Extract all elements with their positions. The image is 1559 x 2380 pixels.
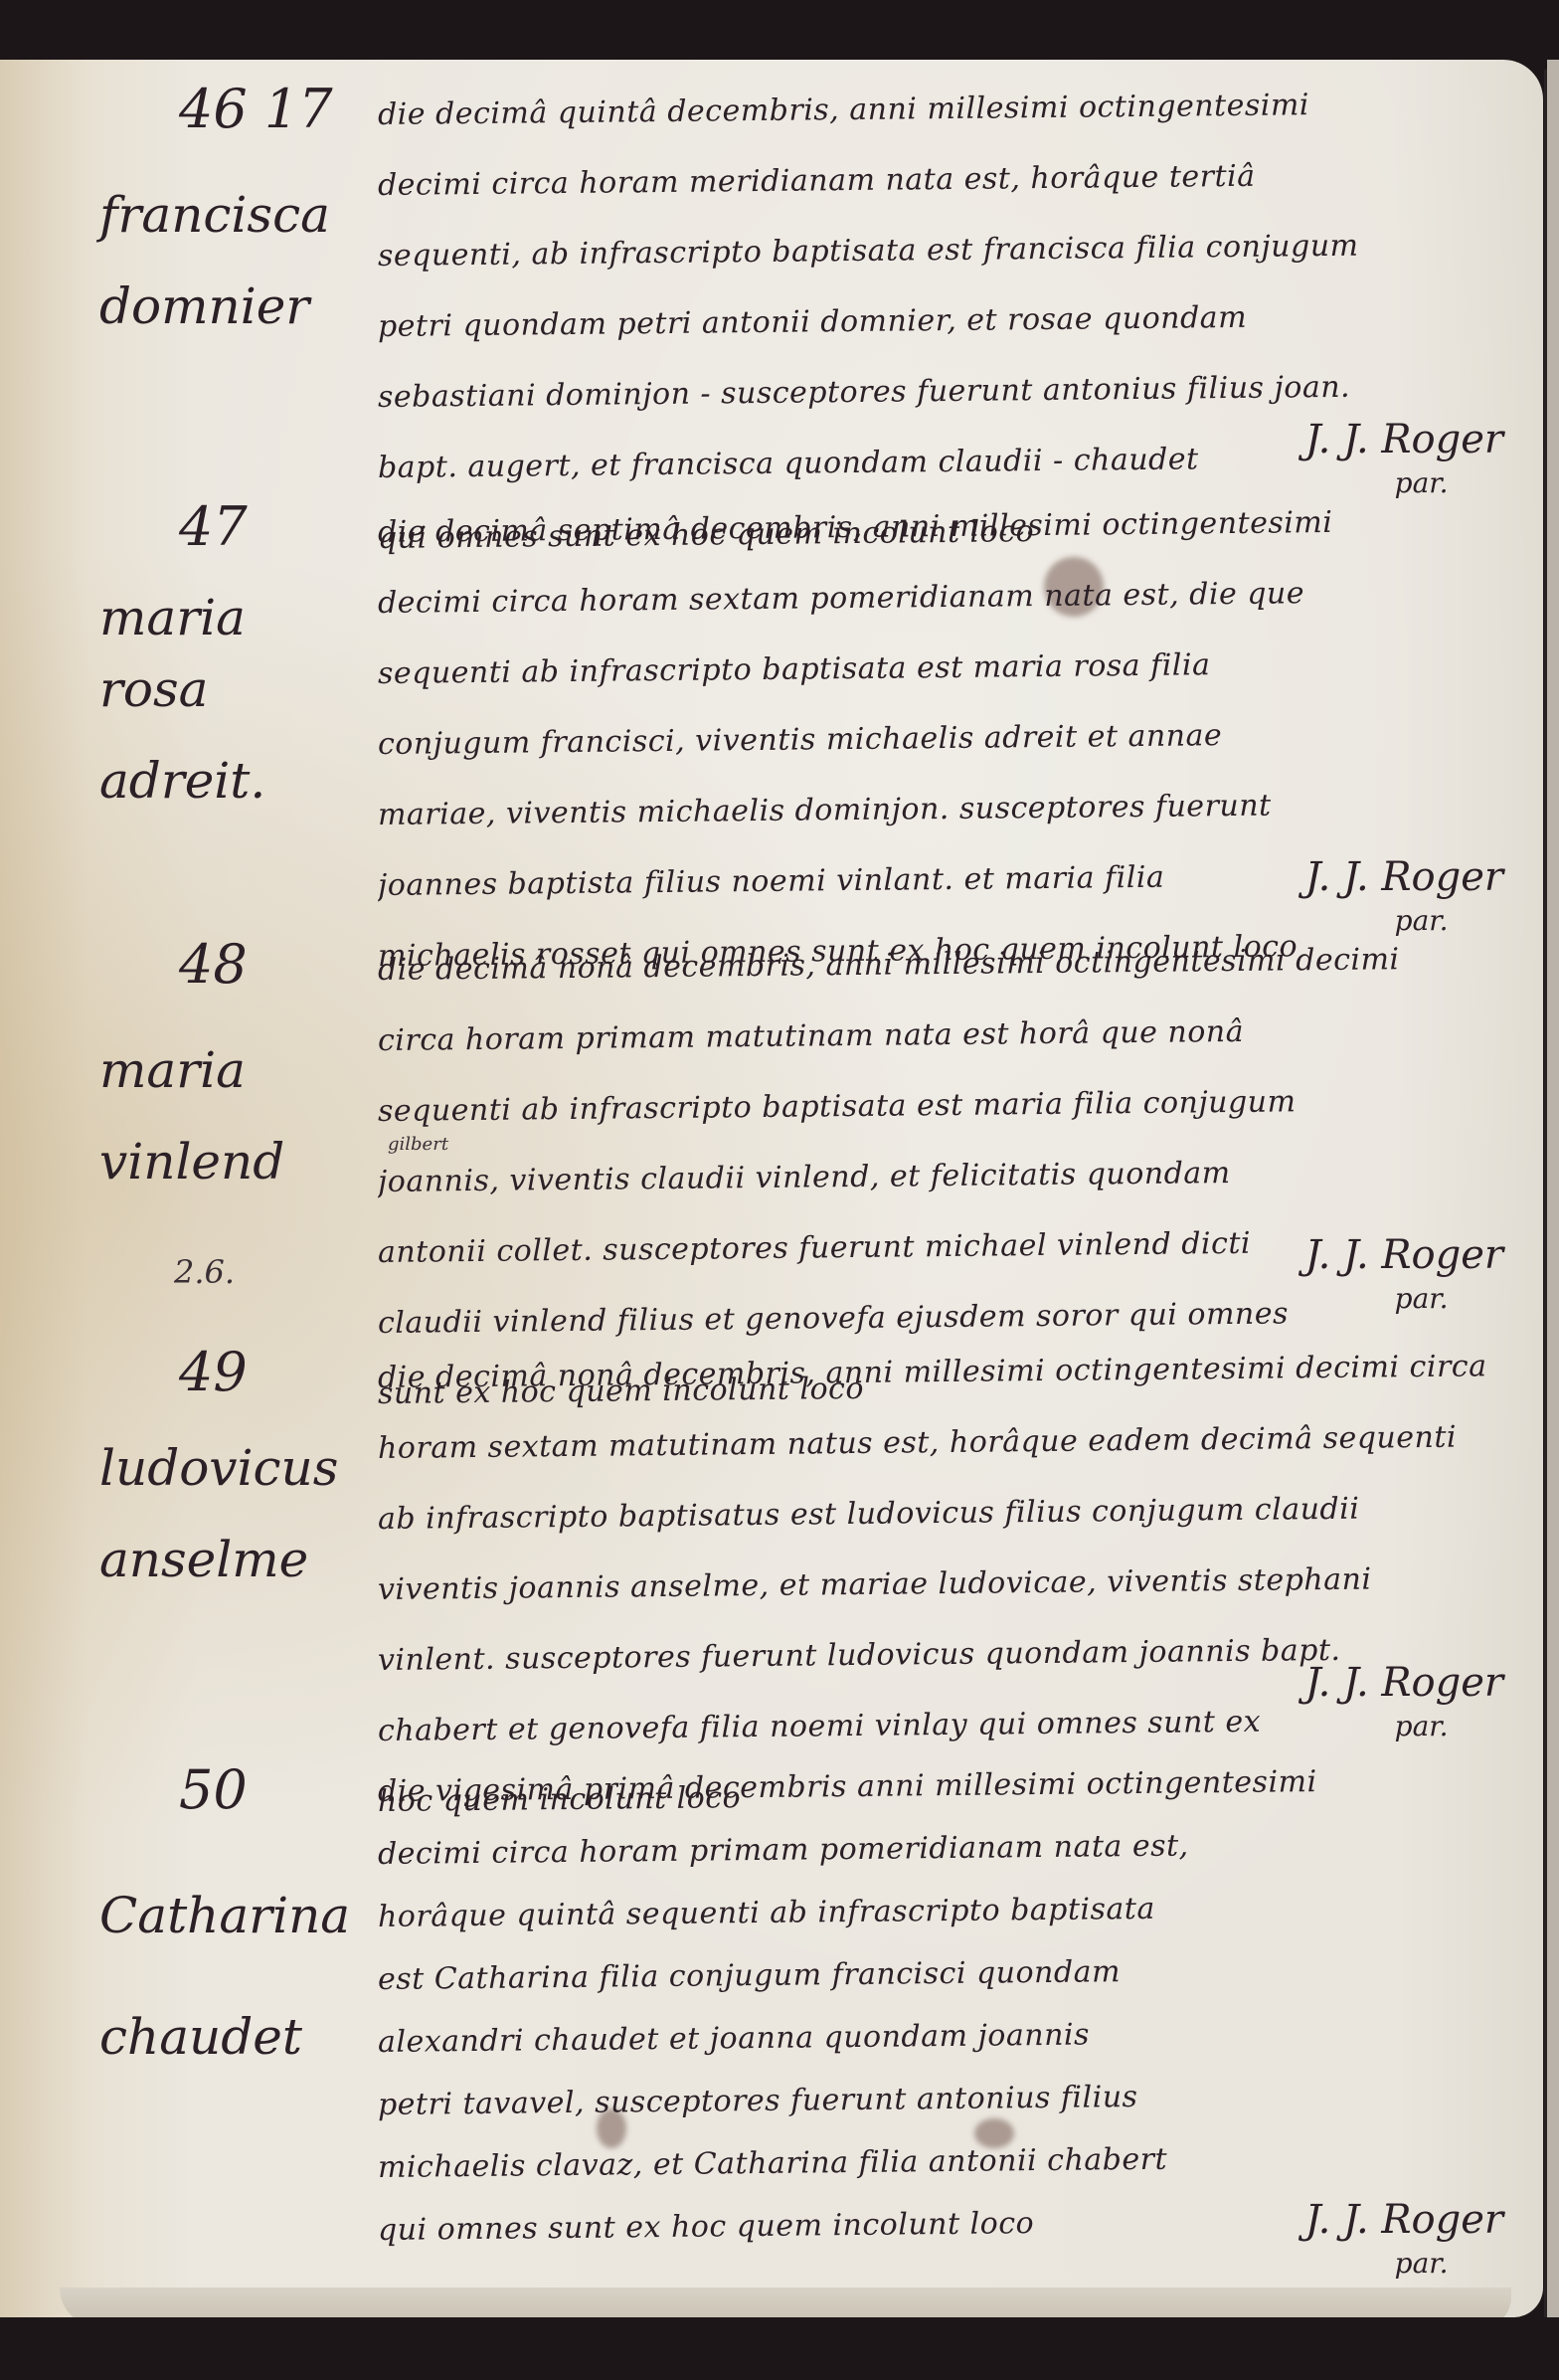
entry-margin: 48 maria vinlend	[99, 935, 368, 1197]
margin-given-name: maria rosa	[99, 582, 368, 725]
entry-number: 50	[179, 1760, 368, 1820]
entry-number: 47	[179, 497, 368, 557]
entry-number: 46 17	[179, 80, 368, 139]
text-line: decimi circa horam sextam pomeridianam n…	[378, 556, 1542, 639]
text-line: conjugum francisci, viventis michaelis a…	[378, 697, 1542, 780]
entry-margin: 50 Catharina chaudet	[99, 1760, 368, 2073]
text-line: die decimâ nonâ decembris, anni millesim…	[378, 1331, 1542, 1413]
margin-given-name: Catharina	[99, 1880, 368, 1951]
margin-surname: vinlend	[99, 1126, 368, 1197]
margin-given-name: ludovicus	[99, 1432, 368, 1504]
entry-number: 49	[179, 1343, 368, 1402]
entry-margin: 47 maria rosa adreit.	[99, 497, 368, 817]
text-line: die decimâ nonâ decembris, anni millesim…	[378, 923, 1542, 1006]
margin-note: 2.6.	[174, 1253, 235, 1291]
priest-signature: J. J. Roger par.	[1305, 2198, 1503, 2286]
text-line: ab infrascripto baptisatus est ludovicus…	[378, 1472, 1542, 1555]
margin-given-name: maria	[99, 1034, 368, 1106]
entry-margin: 49 ludovicus anselme	[99, 1343, 368, 1595]
text-line: sequenti ab infrascripto baptisata est m…	[378, 627, 1542, 709]
text-line: sequenti, ab infrascripto baptisata est …	[378, 209, 1542, 291]
margin-surname: chaudet	[99, 2001, 368, 2073]
text-line: joannis, viventis claudii vinlend, et fe…	[378, 1135, 1542, 1217]
entry-number: 48	[179, 935, 368, 995]
margin-surname: adreit.	[99, 745, 368, 817]
text-line: sequenti ab infrascripto baptisata est m…	[378, 1064, 1542, 1147]
text-line: die decimâ quintâ decembris, anni milles…	[378, 68, 1542, 150]
margin-surname: domnier	[99, 271, 368, 342]
priest-signature: J. J. Roger par.	[1305, 1233, 1503, 1321]
entry-margin: 46 17 francisca domnier	[99, 80, 368, 342]
text-line: mariae, viventis michaelis dominjon. sus…	[378, 768, 1542, 850]
text-line: decimi circa horam meridianam nata est, …	[378, 138, 1542, 221]
text-line: petri quondam petri antonii domnier, et …	[378, 279, 1542, 362]
text-line: circa horam primam matutinam nata est ho…	[378, 994, 1542, 1076]
margin-given-name: francisca	[99, 179, 368, 251]
text-line: viventis joannis anselme, et mariae ludo…	[378, 1543, 1542, 1625]
priest-signature: J. J. Roger par.	[1305, 1661, 1503, 1748]
text-line: die decimâ septimâ decembris, anni mille…	[378, 485, 1542, 568]
entry-text: die vigesimâ primâ decembris anni milles…	[378, 1760, 1541, 2262]
scan-background-bottom	[0, 2317, 1559, 2380]
page-gutter-line	[1544, 70, 1547, 2317]
text-line: horam sextam matutinam natus est, horâqu…	[378, 1401, 1542, 1484]
next-page-edge	[1547, 60, 1559, 2327]
margin-surname: anselme	[99, 1524, 368, 1595]
